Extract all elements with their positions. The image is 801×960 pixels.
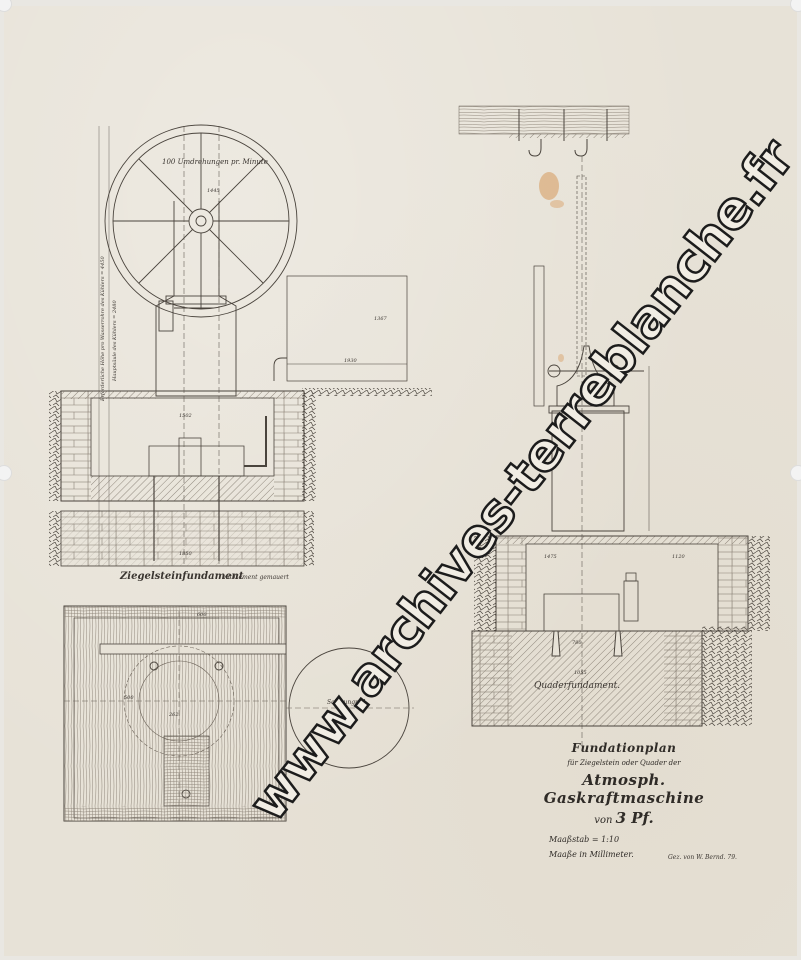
dimension: 1055 xyxy=(574,670,587,676)
dimension: 500 xyxy=(124,695,134,701)
drawing-sheet: 100 Umdrehungen pr. Minute Ziegelsteinfu… xyxy=(4,6,797,956)
dimension: 1120 xyxy=(672,554,685,560)
dimension: 1445 xyxy=(207,188,220,194)
dimension: 1502 xyxy=(179,413,192,419)
dimension: 1367 xyxy=(374,316,387,322)
power-value: 3 Pf. xyxy=(616,809,654,827)
brick-foundation-note: mit Cement gemauert xyxy=(222,574,289,581)
pin-hole-icon xyxy=(790,465,801,481)
stone-foundation-section xyxy=(472,536,770,726)
power-prefix: von xyxy=(594,815,612,826)
flywheel-speed-label: 100 Umdrehungen pr. Minute xyxy=(162,158,268,166)
vertical-note-1: Erforderliche Höhe pro Wasserrohre des K… xyxy=(100,256,106,401)
vertical-note-2: Hauptsäule des Kühlers = 2480 xyxy=(112,300,118,381)
units-label: Maaße in Millimeter. xyxy=(549,850,729,859)
dimension: 1930 xyxy=(344,358,357,364)
dimension: 1475 xyxy=(544,554,557,560)
power-line: von 3 Pf. xyxy=(519,809,729,827)
title-heading: Fundationplan xyxy=(519,741,729,755)
dimension: 1850 xyxy=(179,551,192,557)
flywheel xyxy=(105,125,297,317)
stone-foundation-label: Quaderfundament. xyxy=(534,681,620,691)
ceiling-beam-detail xyxy=(459,106,629,156)
scale-label: Maaßstab = 1:10 xyxy=(549,835,729,844)
title-subheading: für Ziegelstein oder Quader der xyxy=(519,759,729,767)
machine-name: Atmosph. Gaskraftmaschine xyxy=(519,771,729,807)
title-block: Fundationplan für Ziegelstein oder Quade… xyxy=(519,741,729,859)
dimension: 780 xyxy=(572,640,582,646)
dimension: 262 xyxy=(169,712,179,718)
dimension: 600 xyxy=(197,612,207,618)
